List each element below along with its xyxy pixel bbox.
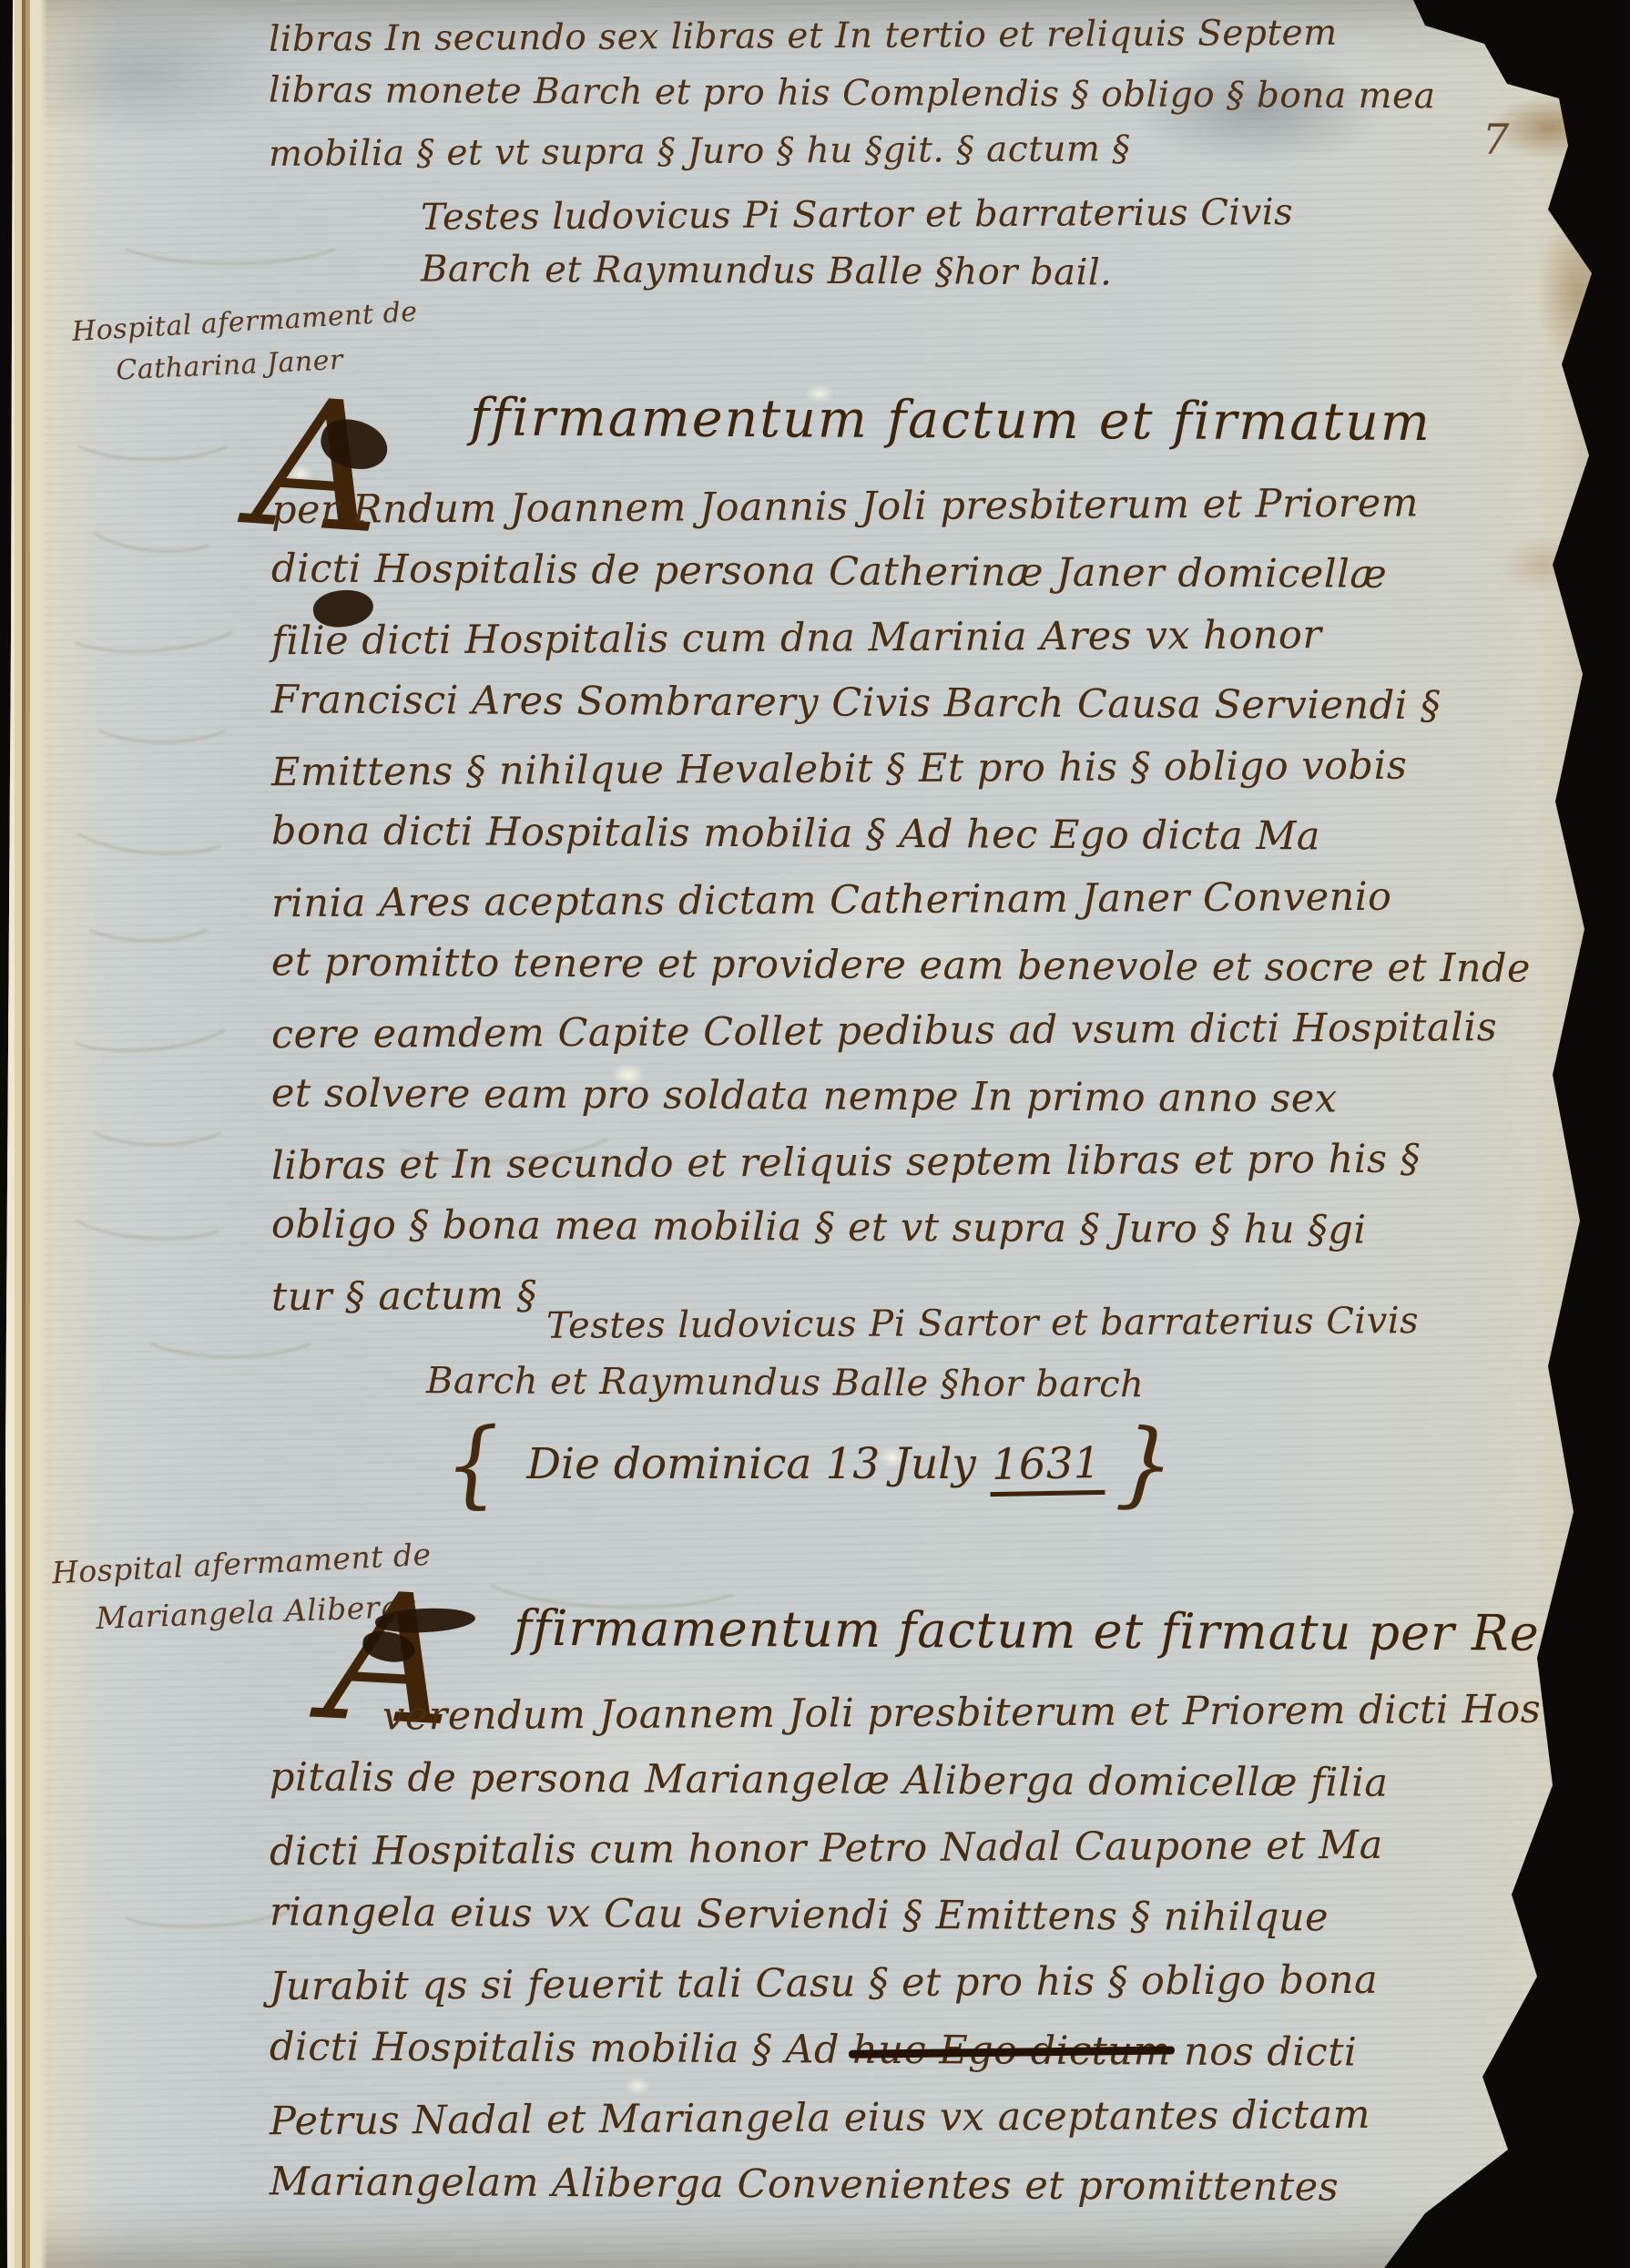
manuscript-page: libras In secundo sex libras et In terti…	[0, 0, 1630, 2268]
text-line: pitalis de persona Mariangelæ Aliberga d…	[270, 1743, 1542, 1817]
bleed-mark	[64, 401, 242, 461]
text-line: et solvere eam pro soldata nempe In prim…	[271, 1060, 1531, 1132]
witness-clause: Testes ludovicus Pi Sartor et barrateriu…	[421, 187, 1293, 300]
date-year-underlined: 1631	[989, 1438, 1105, 1497]
photograph-background: { "page": { "number": "7" }, "top_fragme…	[0, 0, 1630, 2268]
text-line: libras monete Barch et pro his Complendi…	[269, 62, 1436, 126]
bleed-mark	[79, 489, 227, 559]
bleed-mark	[82, 1093, 233, 1146]
folio-page-number: 7	[1482, 115, 1509, 164]
text-segment: dicti Hospitalis mobilia § Ad	[270, 2024, 852, 2072]
text-line: Barch et Raymundus Balle §hor bail.	[421, 240, 1293, 301]
text-line: rinia Ares aceptans dictam Catherinam Ja…	[271, 863, 1531, 936]
flourish-brace-left: {	[444, 1463, 501, 1467]
entry2-paragraph: A ffirmamentum factum et firmatu per Re …	[270, 1601, 1541, 2219]
bleed-mark	[62, 1179, 235, 1246]
witness-clause: Testes ludovicus Pi Sartor et barrateriu…	[426, 1293, 1419, 1414]
bleed-mark	[87, 692, 238, 743]
text-line: dicti Hospitalis cum honor Petro Nadal C…	[270, 1811, 1542, 1886]
text-line: dicti Hospitalis de persona Catherinæ Ja…	[271, 536, 1531, 608]
text-line: riangela eius vx Cau Serviendi § Emitten…	[270, 1878, 1542, 1952]
text-line: Francisci Ares Sombrarery Civis Barch Ca…	[271, 667, 1531, 739]
text-line: cere eamdem Capite Collet pedibus ad vsu…	[271, 995, 1531, 1068]
text-line: obligo § bona mea mobilia § et vt supra …	[271, 1191, 1531, 1263]
entry1-opening-line: ffirmamentum factum et firmatum	[271, 386, 1531, 476]
bleed-mark	[57, 586, 249, 659]
text-line: per Rndum Joannem Joannis Joli presbiter…	[271, 470, 1531, 543]
text-line: et promitto tenere et providere eam bene…	[271, 929, 1531, 1001]
text-segment: nos dicti	[1171, 2029, 1358, 2076]
strikeout-segment: huc Ego dictum	[852, 2017, 1171, 2086]
text-line: mobilia § et vt supra § Juro § hu §git. …	[269, 118, 1436, 183]
text-line: bona dicti Hospitalis mobilia § Ad hec E…	[271, 798, 1531, 870]
text-line: verendum Joannem Joli presbiterum et Pri…	[270, 1676, 1542, 1752]
previous-entry-fragment: libras In secundo sex libras et In terti…	[269, 7, 1435, 179]
text-line-with-strikeout: dicti Hospitalis mobilia § Ad huc Ego di…	[270, 2013, 1542, 2087]
entry1-paragraph: A ffirmamentum factum et firmatum per Rn…	[271, 390, 1531, 1326]
bleed-mark	[77, 893, 219, 942]
text-line: Testes ludovicus Pi Sartor et barrateriu…	[421, 184, 1293, 246]
flourish-brace-right: }	[1117, 1463, 1174, 1467]
text-line: filie dicti Hospitalis cum dna Marinia A…	[271, 601, 1531, 674]
text-line: Jurabit qs si feuerit tali Casu § et pro…	[270, 1946, 1542, 2021]
text-line: Petrus Nadal et Mariangela eius vx acept…	[270, 2080, 1542, 2156]
text-line: libras et In secundo et reliquis septem …	[271, 1126, 1531, 1199]
text-line: libras In secundo sex libras et In terti…	[269, 4, 1436, 68]
entry1-body: per Rndum Joannem Joannis Joli presbiter…	[271, 474, 1531, 1326]
bleed-mark	[57, 986, 240, 1059]
date-heading: {Die dominica 13 July 1631 }	[444, 1439, 1175, 1496]
text-line: Barch et Raymundus Balle §hor barch	[426, 1351, 1419, 1416]
text-line: Testes ludovicus Pi Sartor et barrateriu…	[546, 1291, 1419, 1356]
bleed-mark	[109, 205, 351, 265]
text-line: Mariangelam Aliberga Convenientes et pro…	[270, 2148, 1542, 2222]
date-text: Die dominica 13 July	[526, 1439, 989, 1489]
entry2-body: verendum Joannem Joli presbiterum et Pri…	[270, 1680, 1541, 2219]
bleed-mark	[61, 785, 239, 862]
text-line: Emittens § nihilque Hevalebit § Et pro h…	[271, 732, 1531, 805]
